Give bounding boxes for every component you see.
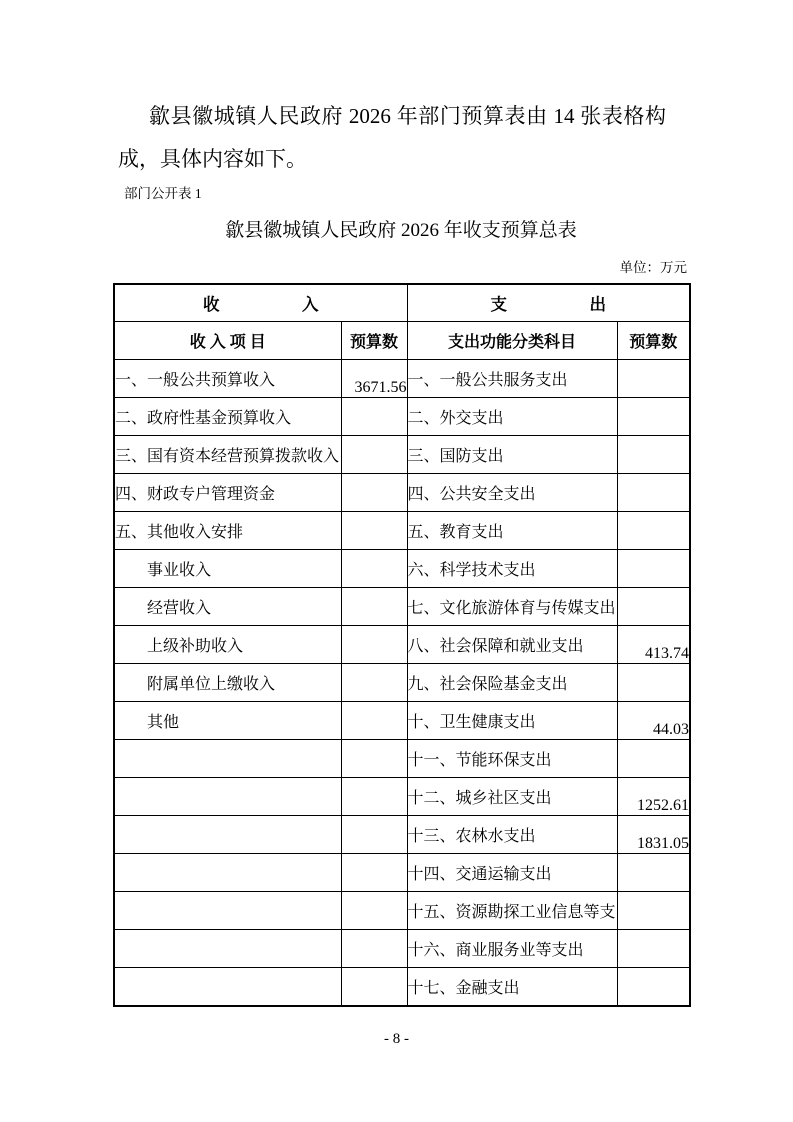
income-section-header: 收 入 bbox=[114, 284, 407, 322]
expense-budget-cell bbox=[617, 550, 690, 588]
budget-table-body: 一、一般公共预算收入3671.56一、一般公共服务支出二、政府性基金预算收入二、… bbox=[114, 360, 690, 1007]
expense-item-cell: 十七、金融支出 bbox=[407, 968, 617, 1007]
table-row: 十五、资源勘探工业信息等支出 bbox=[114, 892, 690, 930]
income-item-cell: 三、国有资本经营预算拨款收入 bbox=[114, 436, 341, 474]
income-budget-cell bbox=[341, 398, 407, 436]
income-item-cell: 一、一般公共预算收入 bbox=[114, 360, 341, 398]
income-budget-cell bbox=[341, 664, 407, 702]
page-number: - 8 - bbox=[0, 1030, 793, 1048]
expense-budget-cell: 1831.05 bbox=[617, 816, 690, 854]
income-budget-cell: 3671.56 bbox=[341, 360, 407, 398]
table-row: 其他十、卫生健康支出44.03 bbox=[114, 702, 690, 740]
income-budget-cell bbox=[341, 474, 407, 512]
table-row: 上级补助收入八、社会保障和就业支出413.74 bbox=[114, 626, 690, 664]
income-budget-cell bbox=[341, 930, 407, 968]
income-item-cell: 其他 bbox=[114, 702, 341, 740]
table-row: 十一、节能环保支出 bbox=[114, 740, 690, 778]
table-row: 十二、城乡社区支出1252.61 bbox=[114, 778, 690, 816]
income-item-column-header: 收 入 项 目 bbox=[114, 322, 341, 360]
unit-note: 单位：万元 bbox=[113, 260, 689, 276]
expense-item-cell: 十二、城乡社区支出 bbox=[407, 778, 617, 816]
income-budget-cell bbox=[341, 512, 407, 550]
income-item-cell: 上级补助收入 bbox=[114, 626, 341, 664]
expense-budget-cell bbox=[617, 930, 690, 968]
expense-budget-column-header: 预算数 bbox=[617, 322, 690, 360]
income-item-cell: 四、财政专户管理资金 bbox=[114, 474, 341, 512]
expense-budget-cell bbox=[617, 664, 690, 702]
expense-item-cell: 二、外交支出 bbox=[407, 398, 617, 436]
expense-item-cell: 七、文化旅游体育与传媒支出 bbox=[407, 588, 617, 626]
expense-budget-cell bbox=[617, 512, 690, 550]
table-title: 歙县徽城镇人民政府 2026 年收支预算总表 bbox=[113, 218, 689, 244]
table-row: 十四、交通运输支出 bbox=[114, 854, 690, 892]
table-row: 事业收入六、科学技术支出 bbox=[114, 550, 690, 588]
table-row: 四、财政专户管理资金四、公共安全支出 bbox=[114, 474, 690, 512]
expense-budget-cell bbox=[617, 892, 690, 930]
expense-item-cell: 四、公共安全支出 bbox=[407, 474, 617, 512]
expense-item-cell: 十一、节能环保支出 bbox=[407, 740, 617, 778]
expense-budget-cell bbox=[617, 436, 690, 474]
column-header-row: 收 入 项 目 预算数 支出功能分类科目 预算数 bbox=[114, 322, 690, 360]
expense-item-cell: 十四、交通运输支出 bbox=[407, 854, 617, 892]
income-item-cell bbox=[114, 740, 341, 778]
table-row: 三、国有资本经营预算拨款收入三、国防支出 bbox=[114, 436, 690, 474]
expense-item-cell: 六、科学技术支出 bbox=[407, 550, 617, 588]
income-budget-column-header: 预算数 bbox=[341, 322, 407, 360]
expense-budget-cell: 413.74 bbox=[617, 626, 690, 664]
table-row: 附属单位上缴收入九、社会保险基金支出 bbox=[114, 664, 690, 702]
expense-item-cell: 五、教育支出 bbox=[407, 512, 617, 550]
income-item-cell bbox=[114, 892, 341, 930]
expense-item-cell: 一、一般公共服务支出 bbox=[407, 360, 617, 398]
intro-paragraph: 歙县徽城镇人民政府 2026 年部门预算表由 14 张表格构成，具体内容如下。 bbox=[118, 95, 666, 181]
table-row: 一、一般公共预算收入3671.56一、一般公共服务支出 bbox=[114, 360, 690, 398]
income-item-cell bbox=[114, 816, 341, 854]
expense-item-cell: 十六、商业服务业等支出 bbox=[407, 930, 617, 968]
expense-item-cell: 三、国防支出 bbox=[407, 436, 617, 474]
expense-item-cell: 九、社会保险基金支出 bbox=[407, 664, 617, 702]
income-item-cell: 事业收入 bbox=[114, 550, 341, 588]
income-budget-cell bbox=[341, 436, 407, 474]
section-header-row: 收 入 支 出 bbox=[114, 284, 690, 322]
income-budget-cell bbox=[341, 550, 407, 588]
table-row: 十七、金融支出 bbox=[114, 968, 690, 1007]
expense-budget-cell: 1252.61 bbox=[617, 778, 690, 816]
income-item-cell bbox=[114, 778, 341, 816]
table-row: 经营收入七、文化旅游体育与传媒支出 bbox=[114, 588, 690, 626]
expense-item-cell: 十、卫生健康支出 bbox=[407, 702, 617, 740]
income-budget-cell bbox=[341, 816, 407, 854]
income-item-cell bbox=[114, 854, 341, 892]
income-item-cell: 经营收入 bbox=[114, 588, 341, 626]
table-label: 部门公开表 1 bbox=[124, 186, 202, 202]
expense-budget-cell bbox=[617, 360, 690, 398]
income-item-cell bbox=[114, 930, 341, 968]
table-row: 五、其他收入安排五、教育支出 bbox=[114, 512, 690, 550]
expense-item-cell: 八、社会保障和就业支出 bbox=[407, 626, 617, 664]
income-item-cell: 二、政府性基金预算收入 bbox=[114, 398, 341, 436]
expense-section-header: 支 出 bbox=[407, 284, 690, 322]
expense-item-cell: 十三、农林水支出 bbox=[407, 816, 617, 854]
budget-table: 收 入 支 出 收 入 项 目 预算数 支出功能分类科目 预算数 一、一般公共预… bbox=[113, 283, 691, 1007]
income-item-cell bbox=[114, 968, 341, 1007]
expense-item-column-header: 支出功能分类科目 bbox=[407, 322, 617, 360]
expense-budget-cell bbox=[617, 588, 690, 626]
income-item-cell: 附属单位上缴收入 bbox=[114, 664, 341, 702]
expense-budget-cell bbox=[617, 968, 690, 1007]
expense-budget-cell bbox=[617, 398, 690, 436]
expense-item-cell: 十五、资源勘探工业信息等支出 bbox=[407, 892, 617, 930]
income-budget-cell bbox=[341, 778, 407, 816]
expense-budget-cell bbox=[617, 474, 690, 512]
document-page: 歙县徽城镇人民政府 2026 年部门预算表由 14 张表格构成，具体内容如下。 … bbox=[0, 0, 793, 1122]
income-budget-cell bbox=[341, 968, 407, 1007]
income-budget-cell bbox=[341, 702, 407, 740]
expense-budget-cell bbox=[617, 740, 690, 778]
income-budget-cell bbox=[341, 892, 407, 930]
income-budget-cell bbox=[341, 740, 407, 778]
income-budget-cell bbox=[341, 588, 407, 626]
income-budget-cell bbox=[341, 854, 407, 892]
table-row: 十三、农林水支出1831.05 bbox=[114, 816, 690, 854]
table-row: 二、政府性基金预算收入二、外交支出 bbox=[114, 398, 690, 436]
expense-budget-cell bbox=[617, 854, 690, 892]
income-item-cell: 五、其他收入安排 bbox=[114, 512, 341, 550]
income-budget-cell bbox=[341, 626, 407, 664]
expense-budget-cell: 44.03 bbox=[617, 702, 690, 740]
table-row: 十六、商业服务业等支出 bbox=[114, 930, 690, 968]
